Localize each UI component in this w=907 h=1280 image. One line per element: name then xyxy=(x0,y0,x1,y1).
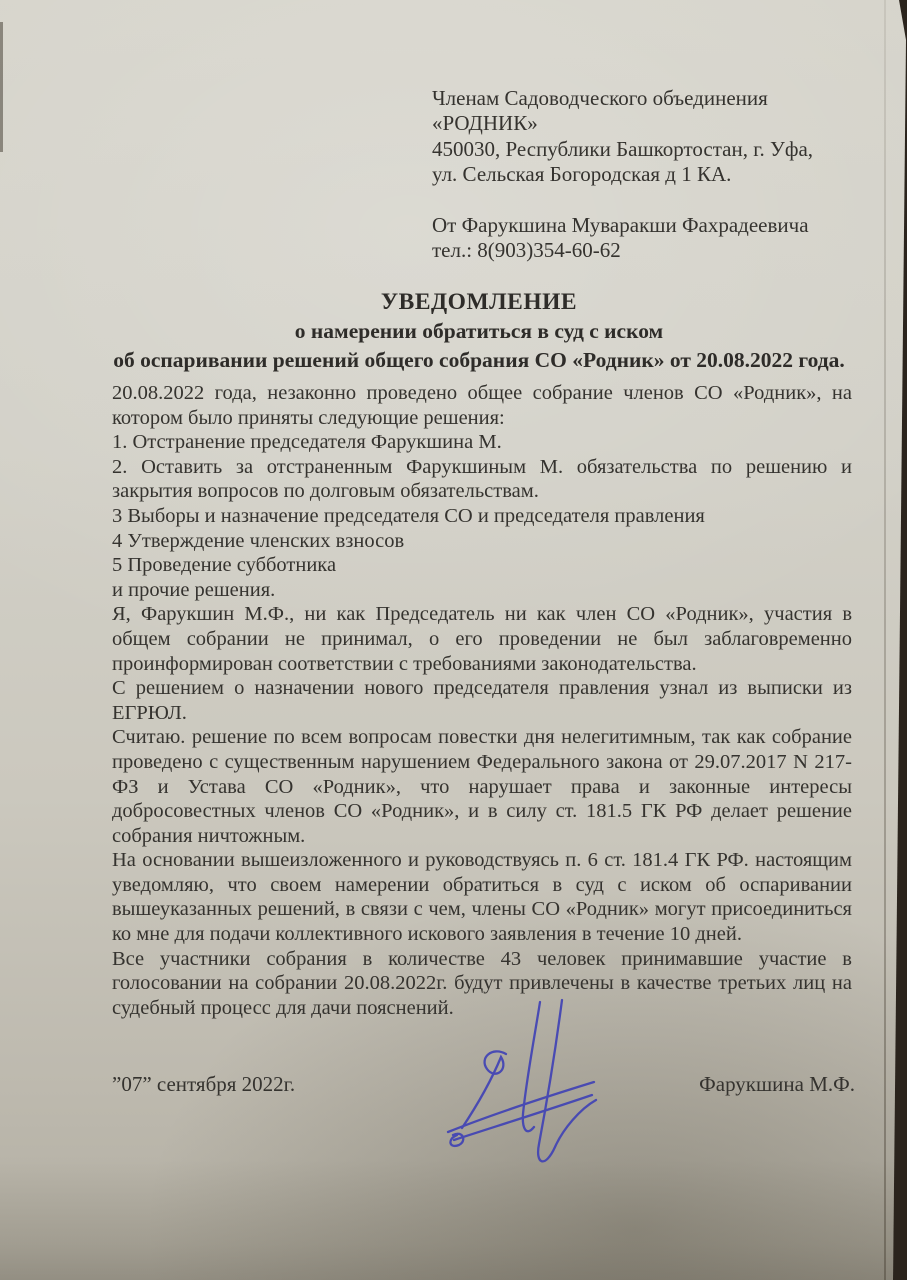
recipient-block: Членам Садоводческого объединения «РОДНИ… xyxy=(432,86,862,188)
body-paragraph: Считаю. решение по всем вопросам повестк… xyxy=(112,725,852,848)
sender-line: От Фарукшина Муваракши Фахрадеевича xyxy=(432,213,862,238)
list-item: 2. Оставить за отстраненным Фарукшиным М… xyxy=(112,455,852,504)
body-paragraph: Все участники собрания в количестве 43 ч… xyxy=(112,947,852,1021)
edge-shadow xyxy=(0,22,3,152)
body-paragraph: С решением о назначении нового председат… xyxy=(112,676,852,725)
date-line: ”07” сентября 2022г. xyxy=(112,1072,295,1097)
footer-row: ”07” сентября 2022г. Фарукшина М.Ф. xyxy=(112,1072,855,1097)
list-item: 3 Выборы и назначение председателя СО и … xyxy=(112,504,852,529)
document-title: УВЕДОМЛЕНИЕ о намерении обратиться в суд… xyxy=(100,288,858,375)
recipient-line: Членам Садоводческого объединения xyxy=(432,86,862,111)
recipient-line: 450030, Республики Башкортостан, г. Уфа, xyxy=(432,137,862,162)
signature-name: Фарукшина М.Ф. xyxy=(699,1072,855,1097)
sender-phone: тел.: 8(903)354-60-62 xyxy=(432,238,862,263)
recipient-line: ул. Сельская Богородская д 1 КА. xyxy=(432,162,862,187)
body-paragraph: На основании вышеизложенного и руководст… xyxy=(112,848,852,946)
list-item: 4 Утверждение членских взносов xyxy=(112,529,852,554)
document-content: Членам Садоводческого объединения «РОДНИ… xyxy=(0,0,907,1280)
list-item: 1. Отстранение председателя Фарукшина М. xyxy=(112,430,852,455)
paper-crease xyxy=(884,0,886,1280)
body-paragraph: Я, Фарукшин М.Ф., ни как Председатель ни… xyxy=(112,602,852,676)
document-page: Членам Садоводческого объединения «РОДНИ… xyxy=(0,0,907,1280)
list-item: и прочие решения. xyxy=(112,578,852,603)
title-subtitle: об оспаривании решений общего собрания С… xyxy=(100,346,858,375)
title-subtitle: о намерении обратиться в суд с иском xyxy=(100,317,858,346)
sender-block: От Фарукшина Муваракши Фахрадеевича тел.… xyxy=(432,213,862,264)
title-main: УВЕДОМЛЕНИЕ xyxy=(100,288,858,317)
scanned-photo: Членам Садоводческого объединения «РОДНИ… xyxy=(0,0,907,1280)
list-item: 5 Проведение субботника xyxy=(112,553,852,578)
body-paragraph: 20.08.2022 года, незаконно проведено общ… xyxy=(112,381,852,430)
document-body: 20.08.2022 года, незаконно проведено общ… xyxy=(112,381,852,1020)
recipient-line: «РОДНИК» xyxy=(432,111,862,136)
